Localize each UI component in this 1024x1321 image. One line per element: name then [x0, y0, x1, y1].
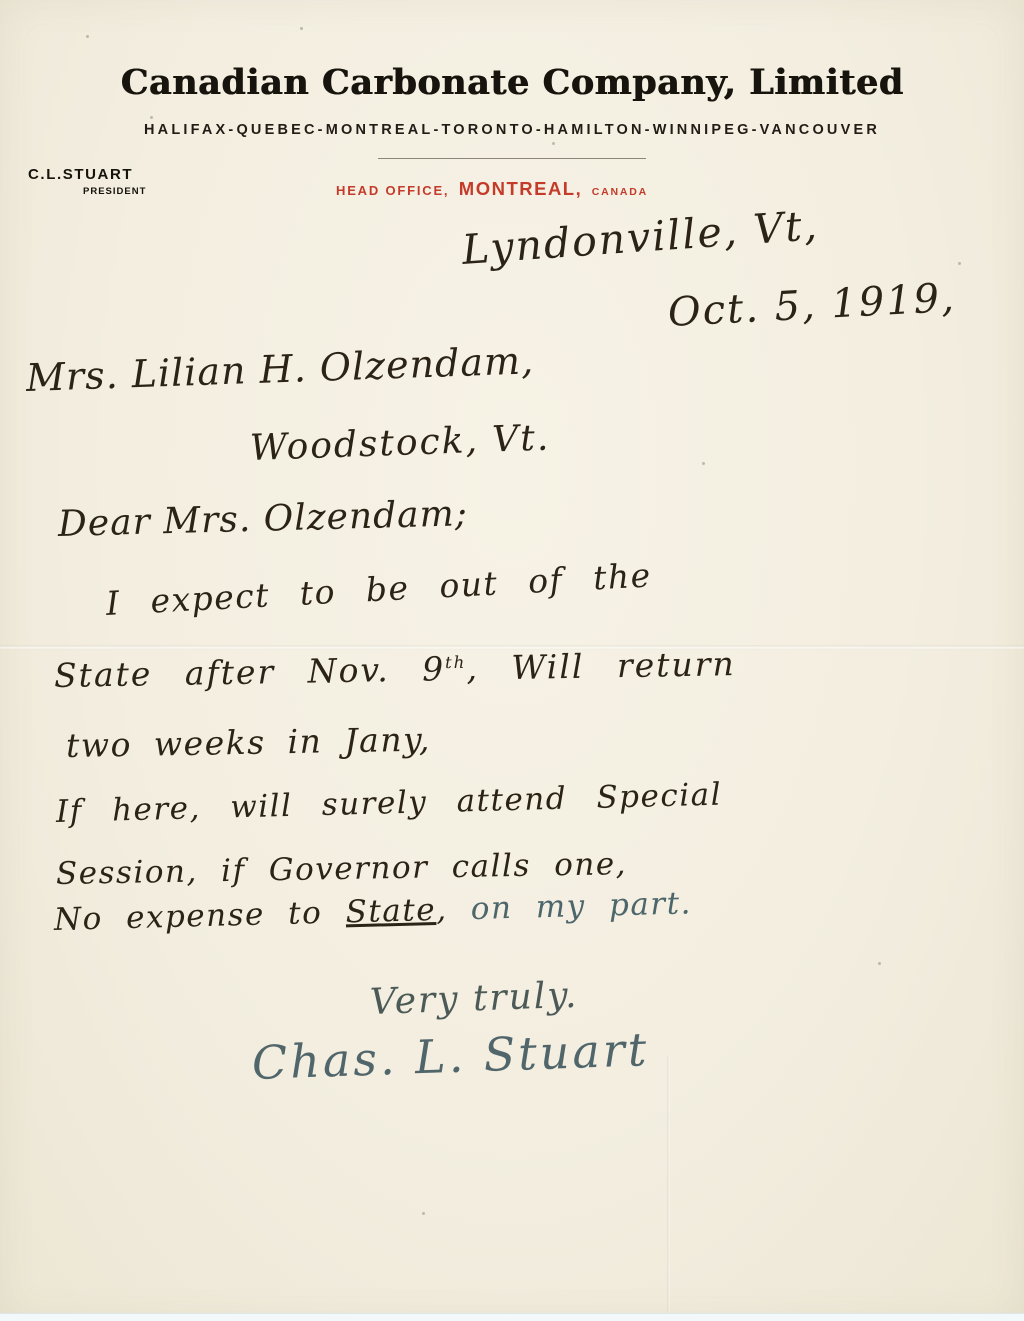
paper-speck: [150, 116, 153, 119]
body-line-6-teal-ink: on my part.: [447, 885, 692, 927]
handwritten-place: Lyndonville, Vt,: [460, 201, 820, 274]
body-line-4: If here, will surely attend Special: [56, 777, 723, 830]
recipient-address: Woodstock, Vt.: [249, 418, 551, 469]
paper-speck: [958, 262, 961, 265]
body-line-6-start: No expense to: [54, 894, 347, 938]
body-line-6-comma: ,: [436, 892, 448, 928]
body-line-3: two weeks in Jany,: [66, 720, 431, 765]
body-line-5: Session, if Governor calls one,: [56, 846, 628, 892]
head-office-country: CANADA: [592, 186, 648, 198]
salutation: Dear Mrs. Olzendam;: [57, 493, 468, 545]
vertical-fold-crease: [667, 1056, 670, 1321]
head-office-line: HEAD OFFICE, MONTREAL, CANADA: [0, 178, 984, 200]
body-line-1: I expect to be out of the: [105, 555, 653, 623]
paper-speck: [702, 462, 705, 465]
body-line-2-text: State after Nov. 9: [54, 649, 446, 695]
paper-speck: [300, 27, 303, 30]
company-name: Canadian Carbonate Company, Limited: [0, 62, 1024, 103]
body-line-2: State after Nov. 9th, Will return: [54, 644, 736, 695]
handwritten-date: Oct. 5, 1919,: [667, 275, 957, 336]
recipient-name: Mrs. Lilian H. Olzendam,: [25, 338, 535, 400]
paper-speck: [422, 1212, 425, 1215]
body-line-6: No expense to State, on my part.: [54, 885, 693, 938]
signature: Chas. L. Stuart: [251, 1022, 650, 1090]
branch-cities-line: HALIFAX-QUEBEC-MONTREAL-TORONTO-HAMILTON…: [0, 122, 1024, 138]
head-office-label: HEAD OFFICE,: [336, 183, 449, 198]
scan-bottom-edge: [0, 1313, 1024, 1321]
horizontal-fold-crease: [0, 645, 1024, 650]
paper-speck: [552, 142, 555, 145]
scanned-letter-page: Canadian Carbonate Company, Limited HALI…: [0, 0, 1024, 1321]
letterhead-divider: [378, 158, 646, 159]
body-line-2-rest: , Will return: [466, 644, 736, 688]
ordinal-suffix: th: [445, 653, 467, 672]
underlined-word-state: State: [345, 892, 436, 930]
closing: Very truly.: [369, 975, 579, 1023]
paper-speck: [878, 962, 881, 965]
paper-speck: [86, 35, 89, 38]
head-office-city: MONTREAL,: [459, 178, 582, 199]
